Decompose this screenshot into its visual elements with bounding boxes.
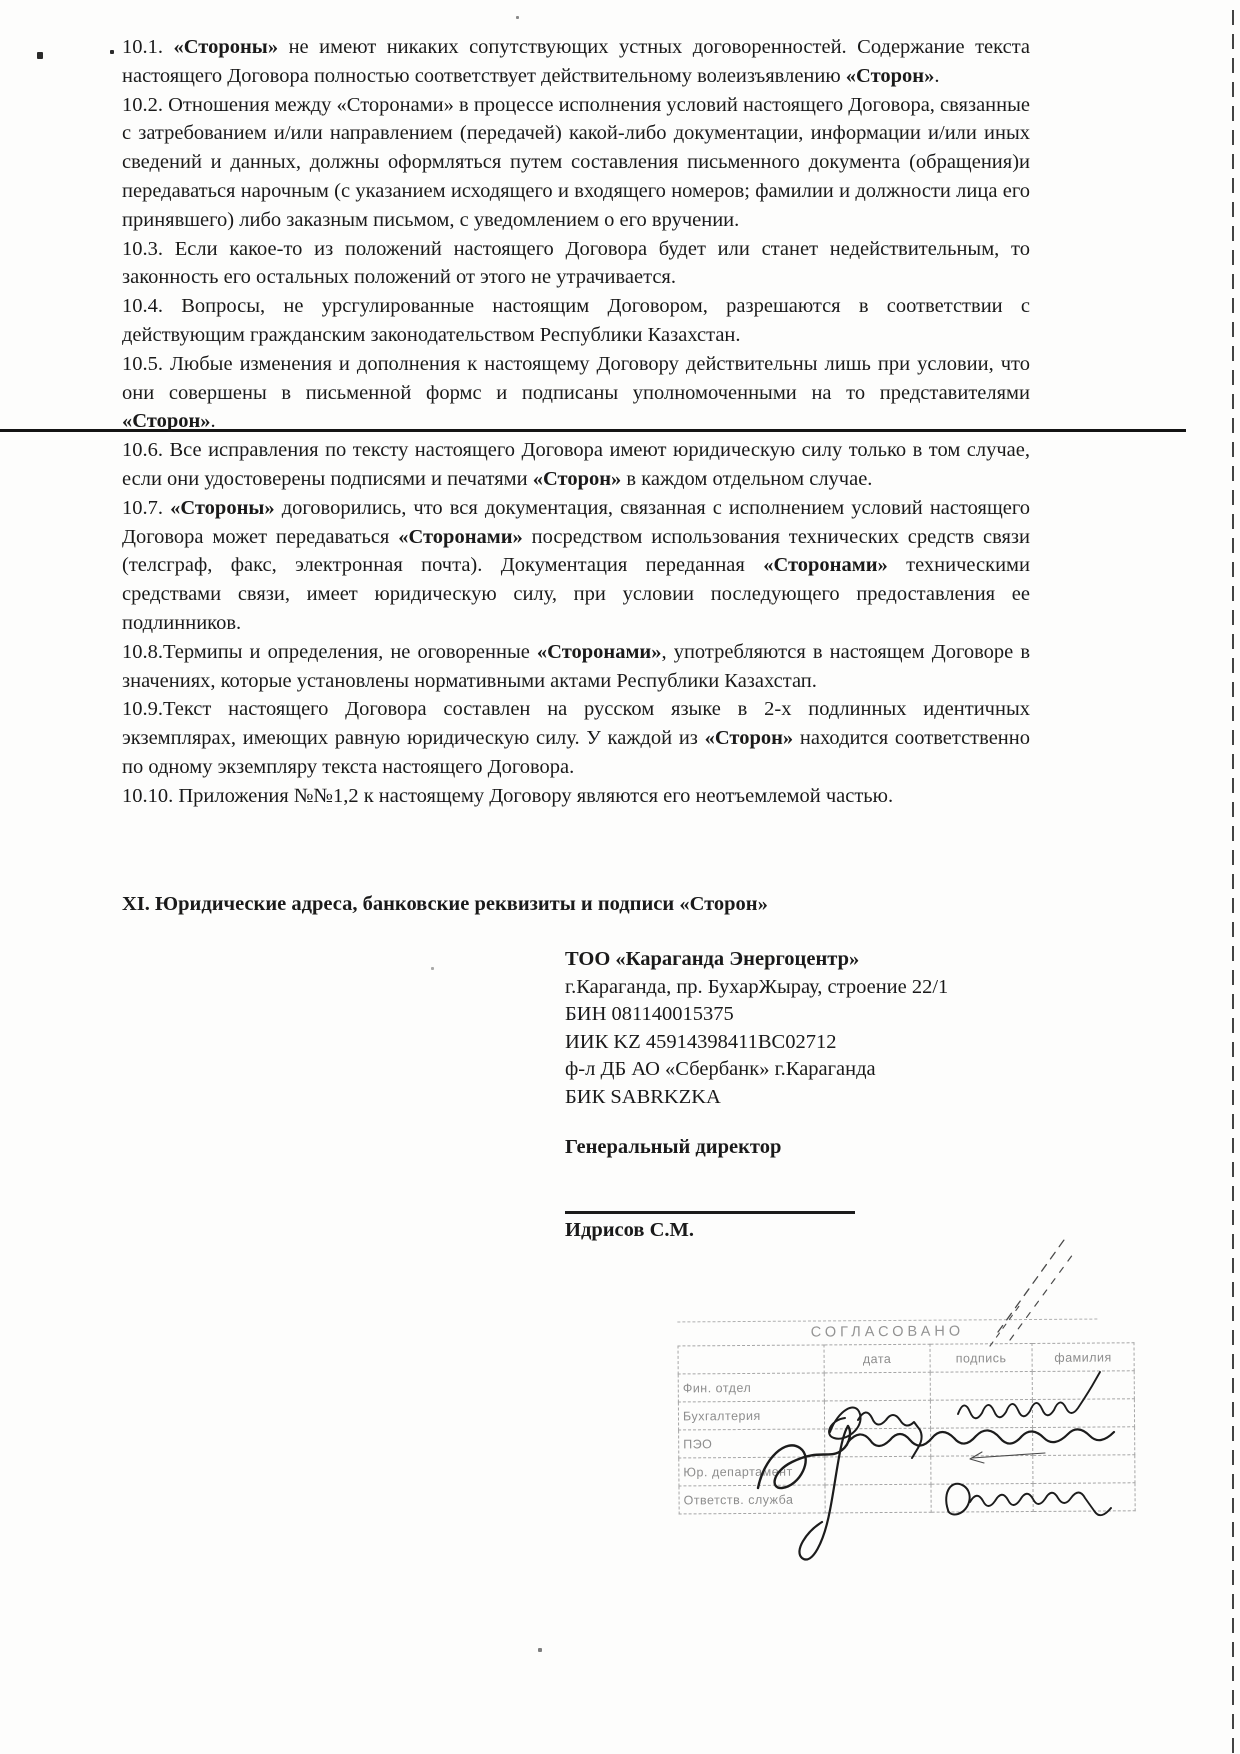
contract-clause: 10.7. «Стороны» договорились, что вся до… bbox=[122, 494, 1030, 638]
company-requisites: ТОО «Караганда Энергоцентр» г.Караганда,… bbox=[565, 946, 948, 1112]
contract-clause: 10.3. Если какое-то из положений настоящ… bbox=[122, 235, 1030, 293]
pen-stroke-icon bbox=[998, 1240, 1064, 1332]
contract-clause: 10.10. Приложения №№1,2 к настоящему Дог… bbox=[122, 782, 1030, 811]
signature-icon bbox=[848, 1429, 1114, 1446]
scan-speck bbox=[431, 967, 434, 970]
company-requisite-line: г.Караганда, пр. БухарЖырау, строение 22… bbox=[565, 974, 948, 1002]
signature-icon bbox=[858, 1412, 922, 1458]
signature-icon bbox=[946, 1484, 969, 1515]
company-requisite-line: БИК SABRKZKA bbox=[565, 1084, 948, 1112]
contract-clause: 10.6. Все исправления по тексту настояще… bbox=[122, 436, 1030, 494]
scanned-contract-page: 10.1. «Стороны» не имеют никаких сопутст… bbox=[0, 0, 1240, 1754]
contract-clause: 10.9.Текст настоящего Договора составлен… bbox=[122, 695, 1030, 781]
handwritten-signatures bbox=[680, 1180, 1160, 1580]
contract-clause: 10.8.Термипы и определения, не оговоренн… bbox=[122, 638, 1030, 696]
contract-clause: 10.1. «Стороны» не имеют никаких сопутст… bbox=[122, 33, 1030, 91]
scan-speck bbox=[538, 1648, 542, 1652]
company-requisite-line: ф-л ДБ АО «Сбербанк» г.Караганда bbox=[565, 1056, 948, 1084]
contract-clause: 10.5. Любые изменения и дополнения к нас… bbox=[122, 350, 1030, 436]
scan-speck bbox=[110, 50, 114, 54]
company-name: ТОО «Караганда Энергоцентр» bbox=[565, 946, 948, 974]
contract-clause: 10.2. Отношения между «Сторонами» в проц… bbox=[122, 91, 1030, 235]
scan-speck bbox=[516, 16, 519, 19]
scan-speck bbox=[37, 52, 43, 59]
signature-icon bbox=[970, 1493, 1111, 1516]
company-requisite-line: ИИК KZ 45914398411BC02712 bbox=[565, 1029, 948, 1057]
signatory-title: Генеральный директор bbox=[565, 1136, 781, 1159]
contract-clauses: 10.1. «Стороны» не имеют никаких сопутст… bbox=[122, 33, 1030, 811]
signature-icon bbox=[799, 1426, 848, 1560]
company-lines: г.Караганда, пр. БухарЖырау, строение 22… bbox=[565, 974, 948, 1112]
company-requisite-line: БИН 081140015375 bbox=[565, 1001, 948, 1029]
page-edge-dashed-line bbox=[1232, 10, 1234, 1754]
pen-stroke-icon bbox=[1010, 1250, 1076, 1340]
signature-icon bbox=[958, 1372, 1100, 1418]
pen-stroke-icon bbox=[990, 1302, 1022, 1346]
arrow-mark-icon bbox=[970, 1452, 1045, 1463]
signatory-name: Идрисов С.М. bbox=[565, 1219, 694, 1242]
section-heading: XI. Юридические адреса, банковские рекви… bbox=[122, 893, 1030, 916]
contract-clause: 10.4. Вопросы, не урсгулированные настоя… bbox=[122, 292, 1030, 350]
